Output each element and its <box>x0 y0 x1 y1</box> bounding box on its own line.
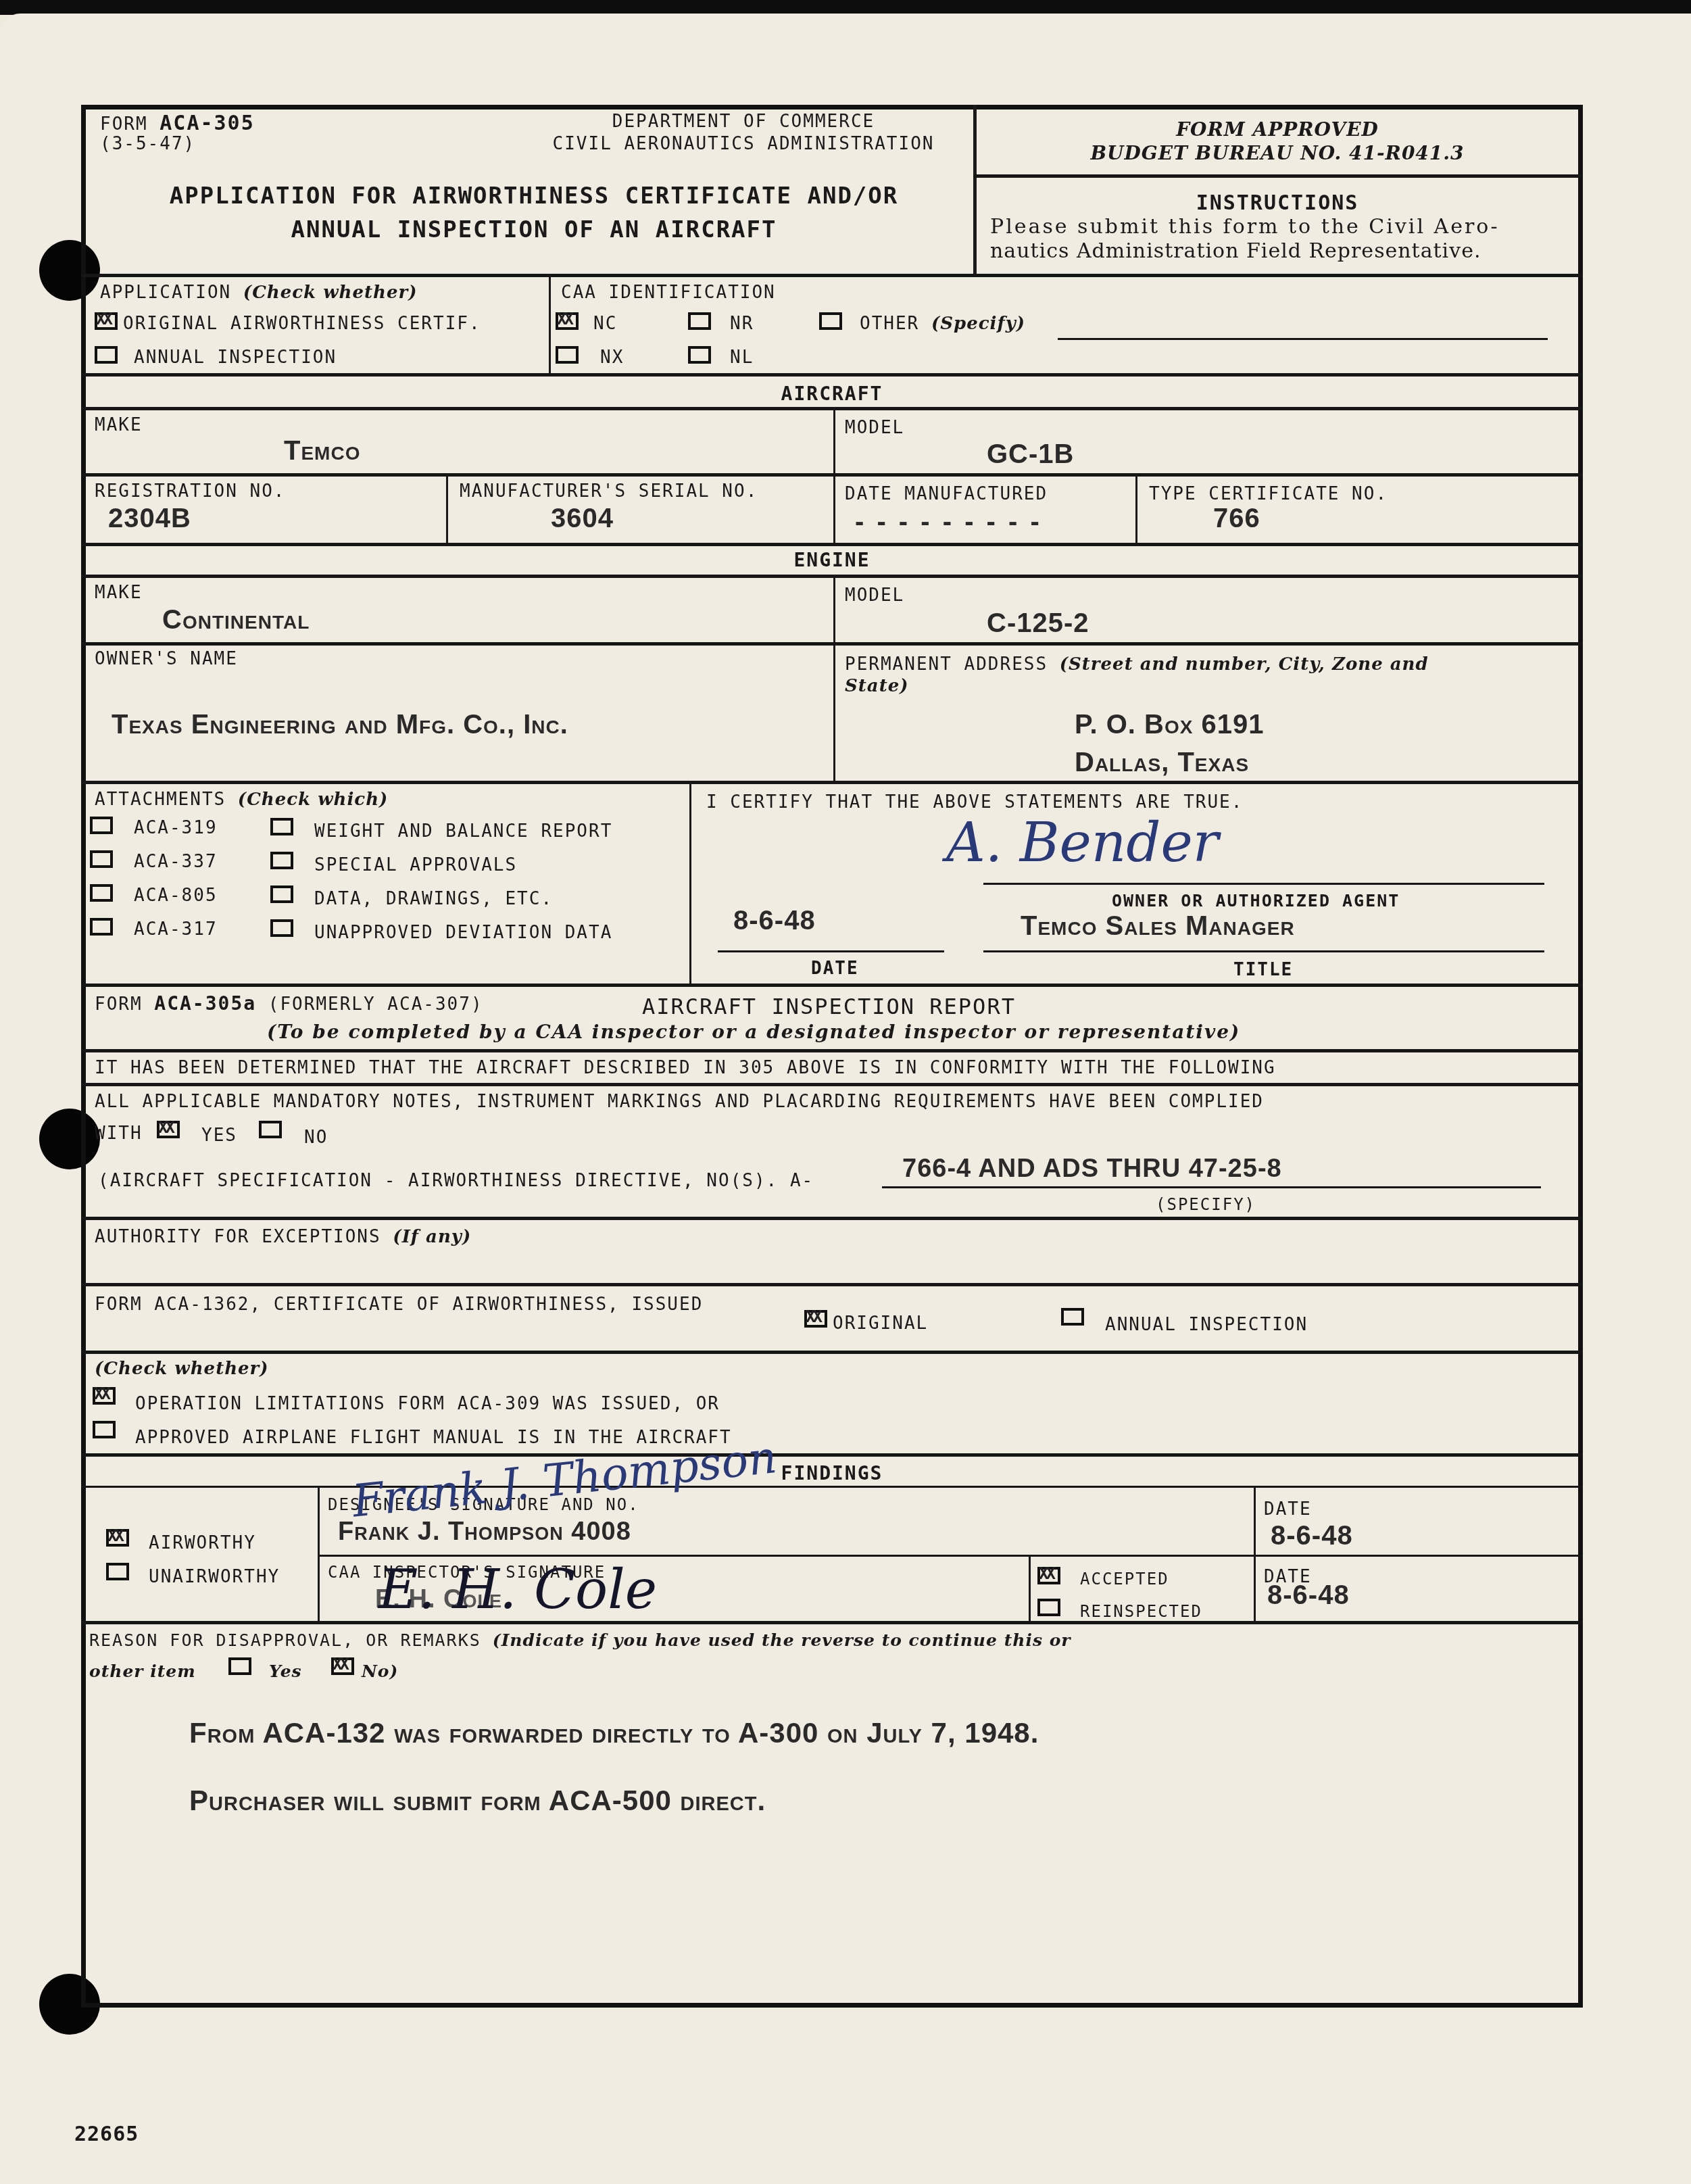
nc-label: NC <box>593 314 617 334</box>
mandatory-notes-statement: ALL APPLICABLE MANDATORY NOTES, INSTRUME… <box>95 1092 1264 1112</box>
operation-limitations-checkbox[interactable] <box>93 1387 116 1405</box>
title-caption: TITLE <box>1233 960 1293 980</box>
remarks-label: REASON FOR DISAPPROVAL, OR REMARKS (Indi… <box>89 1630 1071 1650</box>
address-label: PERMANENT ADDRESS (Street and number, Ci… <box>845 654 1429 675</box>
certify-date-value: 8-6-48 <box>733 906 816 936</box>
department: DEPARTMENT OF COMMERCE <box>514 112 973 132</box>
complied-no-checkbox[interactable] <box>259 1121 282 1138</box>
aircraft-section-title: AIRCRAFT <box>81 383 1583 405</box>
findings-section-title: FINDINGS <box>81 1462 1583 1484</box>
flight-manual-checkbox[interactable] <box>93 1421 116 1438</box>
registration-value: 2304B <box>108 504 191 534</box>
with-label: WITH <box>95 1123 143 1144</box>
form-number: ACA-305 <box>160 112 254 135</box>
engine-model-value: C-125-2 <box>987 608 1089 639</box>
nl-checkbox[interactable] <box>688 346 711 364</box>
accepted-label: ACCEPTED <box>1080 1570 1169 1588</box>
other-label: OTHER (Specify) <box>860 314 1025 334</box>
inspection-report-title: AIRCRAFT INSPECTION REPORT <box>642 994 1016 1019</box>
aca-319-label: ACA-319 <box>134 818 218 838</box>
reinspected-checkbox[interactable] <box>1037 1599 1060 1616</box>
designee-date-value: 8-6-48 <box>1271 1521 1353 1551</box>
data-drawings-label: DATA, DRAWINGS, ETC. <box>314 889 553 909</box>
airworthy-label: AIRWORTHY <box>149 1533 256 1553</box>
conformity-statement: IT HAS BEEN DETERMINED THAT THE AIRCRAFT… <box>95 1058 1276 1078</box>
remarks-line-1: From ACA-132 was forwarded directly to A… <box>189 1717 1039 1749</box>
aircraft-model-value: GC-1B <box>987 439 1074 470</box>
aircraft-make-value: Temco <box>284 436 360 466</box>
date-manufactured-value: - - - - - - - - - <box>855 507 1042 537</box>
remarks-hint-other-item: other item <box>89 1661 196 1681</box>
certify-statement: I CERTIFY THAT THE ABOVE STATEMENTS ARE … <box>706 792 1243 812</box>
address-hint: State) <box>845 676 909 696</box>
title-line <box>983 950 1544 952</box>
aca-317-checkbox[interactable] <box>90 918 113 936</box>
inspection-form-label: FORM ACA-305a (FORMERLY ACA-307) <box>95 992 483 1015</box>
unairworthy-label: UNAIRWORTHY <box>149 1567 280 1587</box>
date-caption: DATE <box>811 958 859 979</box>
certify-title-value: Temco Sales Manager <box>1021 911 1295 942</box>
scan-edge <box>0 0 1691 15</box>
form-approved: FORM APPROVED <box>977 118 1578 141</box>
application-label: APPLICATION (Check whether) <box>100 283 417 303</box>
form-date: (3-5-47) <box>100 134 195 154</box>
instructions-title: INSTRUCTIONS <box>977 191 1578 215</box>
date-line <box>718 950 944 952</box>
certificate-annual-checkbox[interactable] <box>1061 1308 1084 1326</box>
agency: CIVIL AERONAUTICS ADMINISTRATION <box>514 134 973 154</box>
nl-label: NL <box>730 347 754 368</box>
complied-yes-label: YES <box>201 1125 237 1146</box>
caa-identification-label: CAA IDENTIFICATION <box>561 283 776 303</box>
complied-yes-checkbox[interactable] <box>157 1121 180 1138</box>
aca-337-label: ACA-337 <box>134 852 218 872</box>
nx-label: NX <box>600 347 624 368</box>
inspection-report-subtitle: (To be completed by a CAA inspector or a… <box>267 1021 1240 1043</box>
address-line-2: Dallas, Texas <box>1075 748 1249 778</box>
registration-label: REGISTRATION NO. <box>95 481 285 502</box>
accepted-checkbox[interactable] <box>1037 1567 1060 1584</box>
nx-checkbox[interactable] <box>556 346 579 364</box>
designee-date-label: DATE <box>1264 1499 1312 1520</box>
budget-bureau-number: BUDGET BUREAU NO. 41-R041.3 <box>977 142 1578 164</box>
weight-balance-checkbox[interactable] <box>270 818 293 835</box>
certificate-issued-label: FORM ACA-1362, CERTIFICATE OF AIRWORTHIN… <box>95 1294 703 1315</box>
aca-337-checkbox[interactable] <box>90 850 113 868</box>
serial-label: MANUFACTURER'S SERIAL NO. <box>460 481 758 502</box>
reinspected-label: REINSPECTED <box>1080 1602 1202 1621</box>
aircraft-specification-value: 766-4 AND ADS THRU 47-25-8 <box>902 1155 1282 1184</box>
engine-make-value: Continental <box>162 605 310 635</box>
unairworthy-checkbox[interactable] <box>106 1563 129 1580</box>
instructions-text-2: nautics Administration Field Representat… <box>990 239 1481 263</box>
unapproved-deviation-checkbox[interactable] <box>270 919 293 937</box>
type-certificate-label: TYPE CERTIFICATE NO. <box>1149 484 1388 504</box>
form-title-line1: APPLICATION FOR AIRWORTHINESS CERTIFICAT… <box>101 183 966 210</box>
reverse-used-no-label: No) <box>362 1661 398 1681</box>
weight-balance-label: WEIGHT AND BALANCE REPORT <box>314 821 612 842</box>
form-label: FORM ACA-305 <box>100 112 255 135</box>
aircraft-model-label: MODEL <box>845 418 904 438</box>
exceptions-label: AUTHORITY FOR EXCEPTIONS (If any) <box>95 1227 471 1247</box>
aca-805-checkbox[interactable] <box>90 884 113 902</box>
original-airworthiness-checkbox[interactable] <box>95 312 118 330</box>
owner-value: Texas Engineering and Mfg. Co., Inc. <box>112 710 568 740</box>
complied-no-label: NO <box>304 1127 328 1148</box>
aircraft-make-label: MAKE <box>95 415 143 435</box>
owner-agent-label: OWNER OR AUTHORIZED AGENT <box>1112 891 1400 911</box>
nr-checkbox[interactable] <box>688 312 711 330</box>
airworthy-checkbox[interactable] <box>106 1529 129 1547</box>
aca-805-label: ACA-805 <box>134 885 218 906</box>
attachments-label: ATTACHMENTS (Check which) <box>95 790 388 810</box>
instructions-text-1: Please submit this form to the Civil Aer… <box>990 215 1500 239</box>
inspector-signature: E. H. Cole <box>378 1558 657 1621</box>
engine-model-label: MODEL <box>845 585 904 606</box>
inspector-date-value: 8-6-48 <box>1267 1580 1350 1611</box>
reverse-used-yes-checkbox[interactable] <box>228 1657 251 1675</box>
aca-317-label: ACA-317 <box>134 919 218 940</box>
reverse-used-no-checkbox[interactable] <box>331 1657 354 1675</box>
aca-319-checkbox[interactable] <box>90 817 113 834</box>
date-manufactured-label: DATE MANUFACTURED <box>845 484 1048 504</box>
document-serial-number: 22665 <box>74 2122 139 2146</box>
type-certificate-value: 766 <box>1213 504 1260 534</box>
certificate-original-checkbox[interactable] <box>804 1310 827 1328</box>
special-approvals-checkbox[interactable] <box>270 852 293 869</box>
check-whether-hint: (Check whether) <box>95 1359 269 1379</box>
form-title-line2: ANNUAL INSPECTION OF AN AIRCRAFT <box>101 216 966 243</box>
specification-line <box>882 1186 1541 1188</box>
data-drawings-checkbox[interactable] <box>270 885 293 903</box>
engine-make-label: MAKE <box>95 583 143 603</box>
annual-inspection-label: ANNUAL INSPECTION <box>134 347 337 368</box>
certificate-annual-label: ANNUAL INSPECTION <box>1105 1315 1308 1335</box>
special-approvals-label: SPECIAL APPROVALS <box>314 855 517 875</box>
other-checkbox[interactable] <box>819 312 842 330</box>
original-airworthiness-label: ORIGINAL AIRWORTHINESS CERTIF. <box>123 314 481 334</box>
signature-line <box>983 883 1544 885</box>
engine-section-title: ENGINE <box>81 549 1583 571</box>
unapproved-deviation-label: UNAPPROVED DEVIATION DATA <box>314 923 612 943</box>
serial-value: 3604 <box>551 504 614 534</box>
annual-inspection-checkbox[interactable] <box>95 346 118 364</box>
nc-checkbox[interactable] <box>556 312 579 330</box>
reverse-used-yes-label: Yes <box>269 1661 302 1681</box>
other-specify-line[interactable] <box>1058 338 1548 340</box>
address-line-1: P. O. Box 6191 <box>1075 710 1265 740</box>
nr-label: NR <box>730 314 754 334</box>
specify-caption: (SPECIFY) <box>1156 1195 1256 1214</box>
certificate-original-label: ORIGINAL <box>833 1313 928 1334</box>
owner-signature: A. Bender <box>946 811 1219 874</box>
remarks-line-2: Purchaser will submit form ACA-500 direc… <box>189 1785 766 1817</box>
aircraft-specification-label: (AIRCRAFT SPECIFICATION - AIRWORTHINESS … <box>98 1171 814 1191</box>
owner-label: OWNER'S NAME <box>95 649 238 669</box>
operation-limitations-label: OPERATION LIMITATIONS FORM ACA-309 WAS I… <box>135 1394 720 1414</box>
